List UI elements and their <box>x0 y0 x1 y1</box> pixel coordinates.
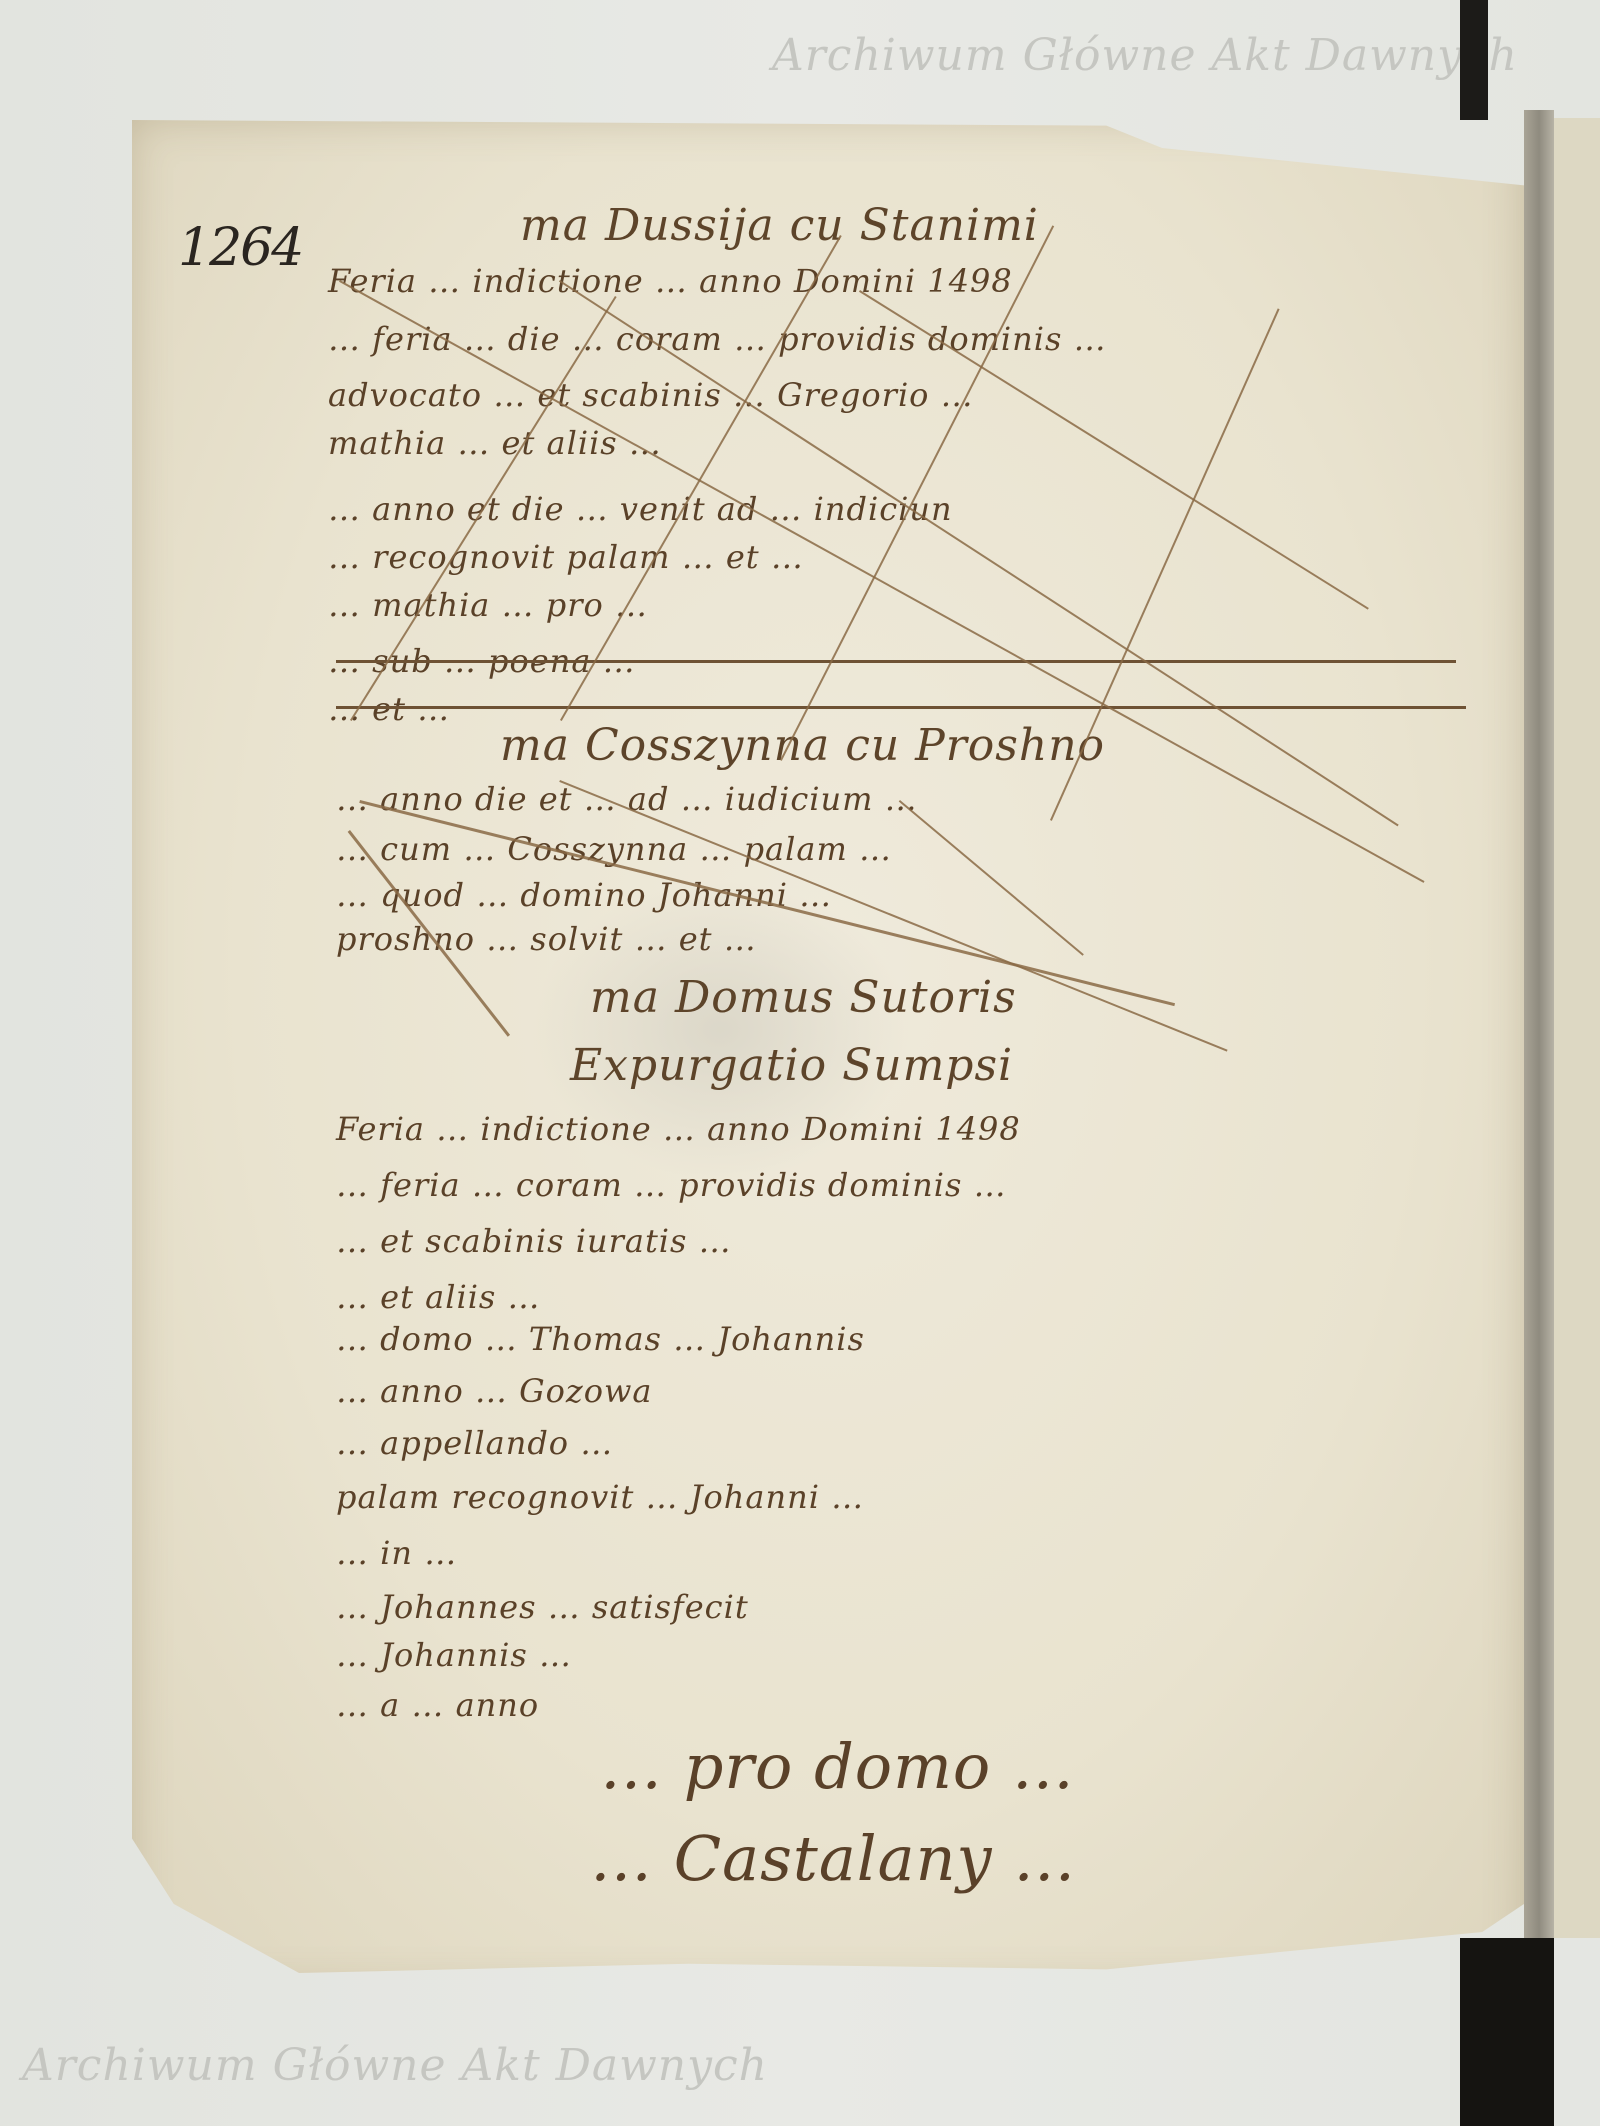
entry-3-line: … domo … Thomas … Johannis <box>336 1320 865 1358</box>
adjacent-page-edge <box>1554 118 1600 1938</box>
entry-3-line: … in … <box>336 1534 457 1572</box>
entry-2-line: … anno die et … ad … iudicium … <box>336 780 918 818</box>
watermark-bottom: Archiwum Główne Akt Dawnych <box>22 2040 768 2091</box>
binding-spine-top <box>1460 0 1488 120</box>
entry-3-line: … appellando … <box>336 1424 613 1462</box>
strikethrough-line <box>336 660 1456 663</box>
entry-3-subheading: Expurgatio Sumpsi <box>570 1040 1013 1091</box>
entry-3-line: Feria … indictione … anno Domini 1498 <box>336 1110 1021 1148</box>
entry-3-line: … et scabinis iuratis … <box>336 1222 732 1260</box>
entry-2-line: … cum … Cosszynna … palam … <box>336 830 892 868</box>
entry-3-heading: ma Domus Sutoris <box>590 972 1017 1023</box>
entry-2-line: proshno … solvit … et … <box>336 920 757 958</box>
entry-1-line: advocato … et scabinis … Gregorio … <box>328 376 974 414</box>
entry-1-line: Feria … indictione … anno Domini 1498 <box>328 262 1013 300</box>
binding-spine-bottom <box>1460 1938 1554 2126</box>
closing-line: … Castalany … <box>590 1822 1076 1895</box>
entry-3-line: … Johannis … <box>336 1636 572 1674</box>
strikethrough-line <box>336 706 1466 709</box>
entry-3-line: … a … anno <box>336 1686 539 1724</box>
folio-number: 1264 <box>178 218 302 278</box>
binding-shadow <box>1524 110 1554 1940</box>
entry-1-line: … mathia … pro … <box>328 586 648 624</box>
entry-2-heading: ma Cosszynna cu Proshno <box>500 720 1105 771</box>
entry-1-line: … anno et die … venit ad … indiciun <box>328 490 953 528</box>
entry-3-line: … feria … coram … providis dominis … <box>336 1166 1007 1204</box>
entry-1-heading: ma Dussija cu Stanimi <box>520 200 1039 251</box>
entry-1-line: … recognovit palam … et … <box>328 538 804 576</box>
closing-line: … pro domo … <box>600 1730 1075 1803</box>
watermark-top: Archiwum Główne Akt Dawnych <box>772 30 1518 81</box>
entry-3-line: palam recognovit … Johanni … <box>336 1478 864 1516</box>
adjacent-background <box>1554 1938 1600 2126</box>
entry-1-line: … et … <box>328 690 450 728</box>
entry-3-line: … Johannes … satisfecit <box>336 1588 749 1626</box>
entry-3-line: … anno … Gozowa <box>336 1372 653 1410</box>
entry-3-line: … et aliis … <box>336 1278 541 1316</box>
